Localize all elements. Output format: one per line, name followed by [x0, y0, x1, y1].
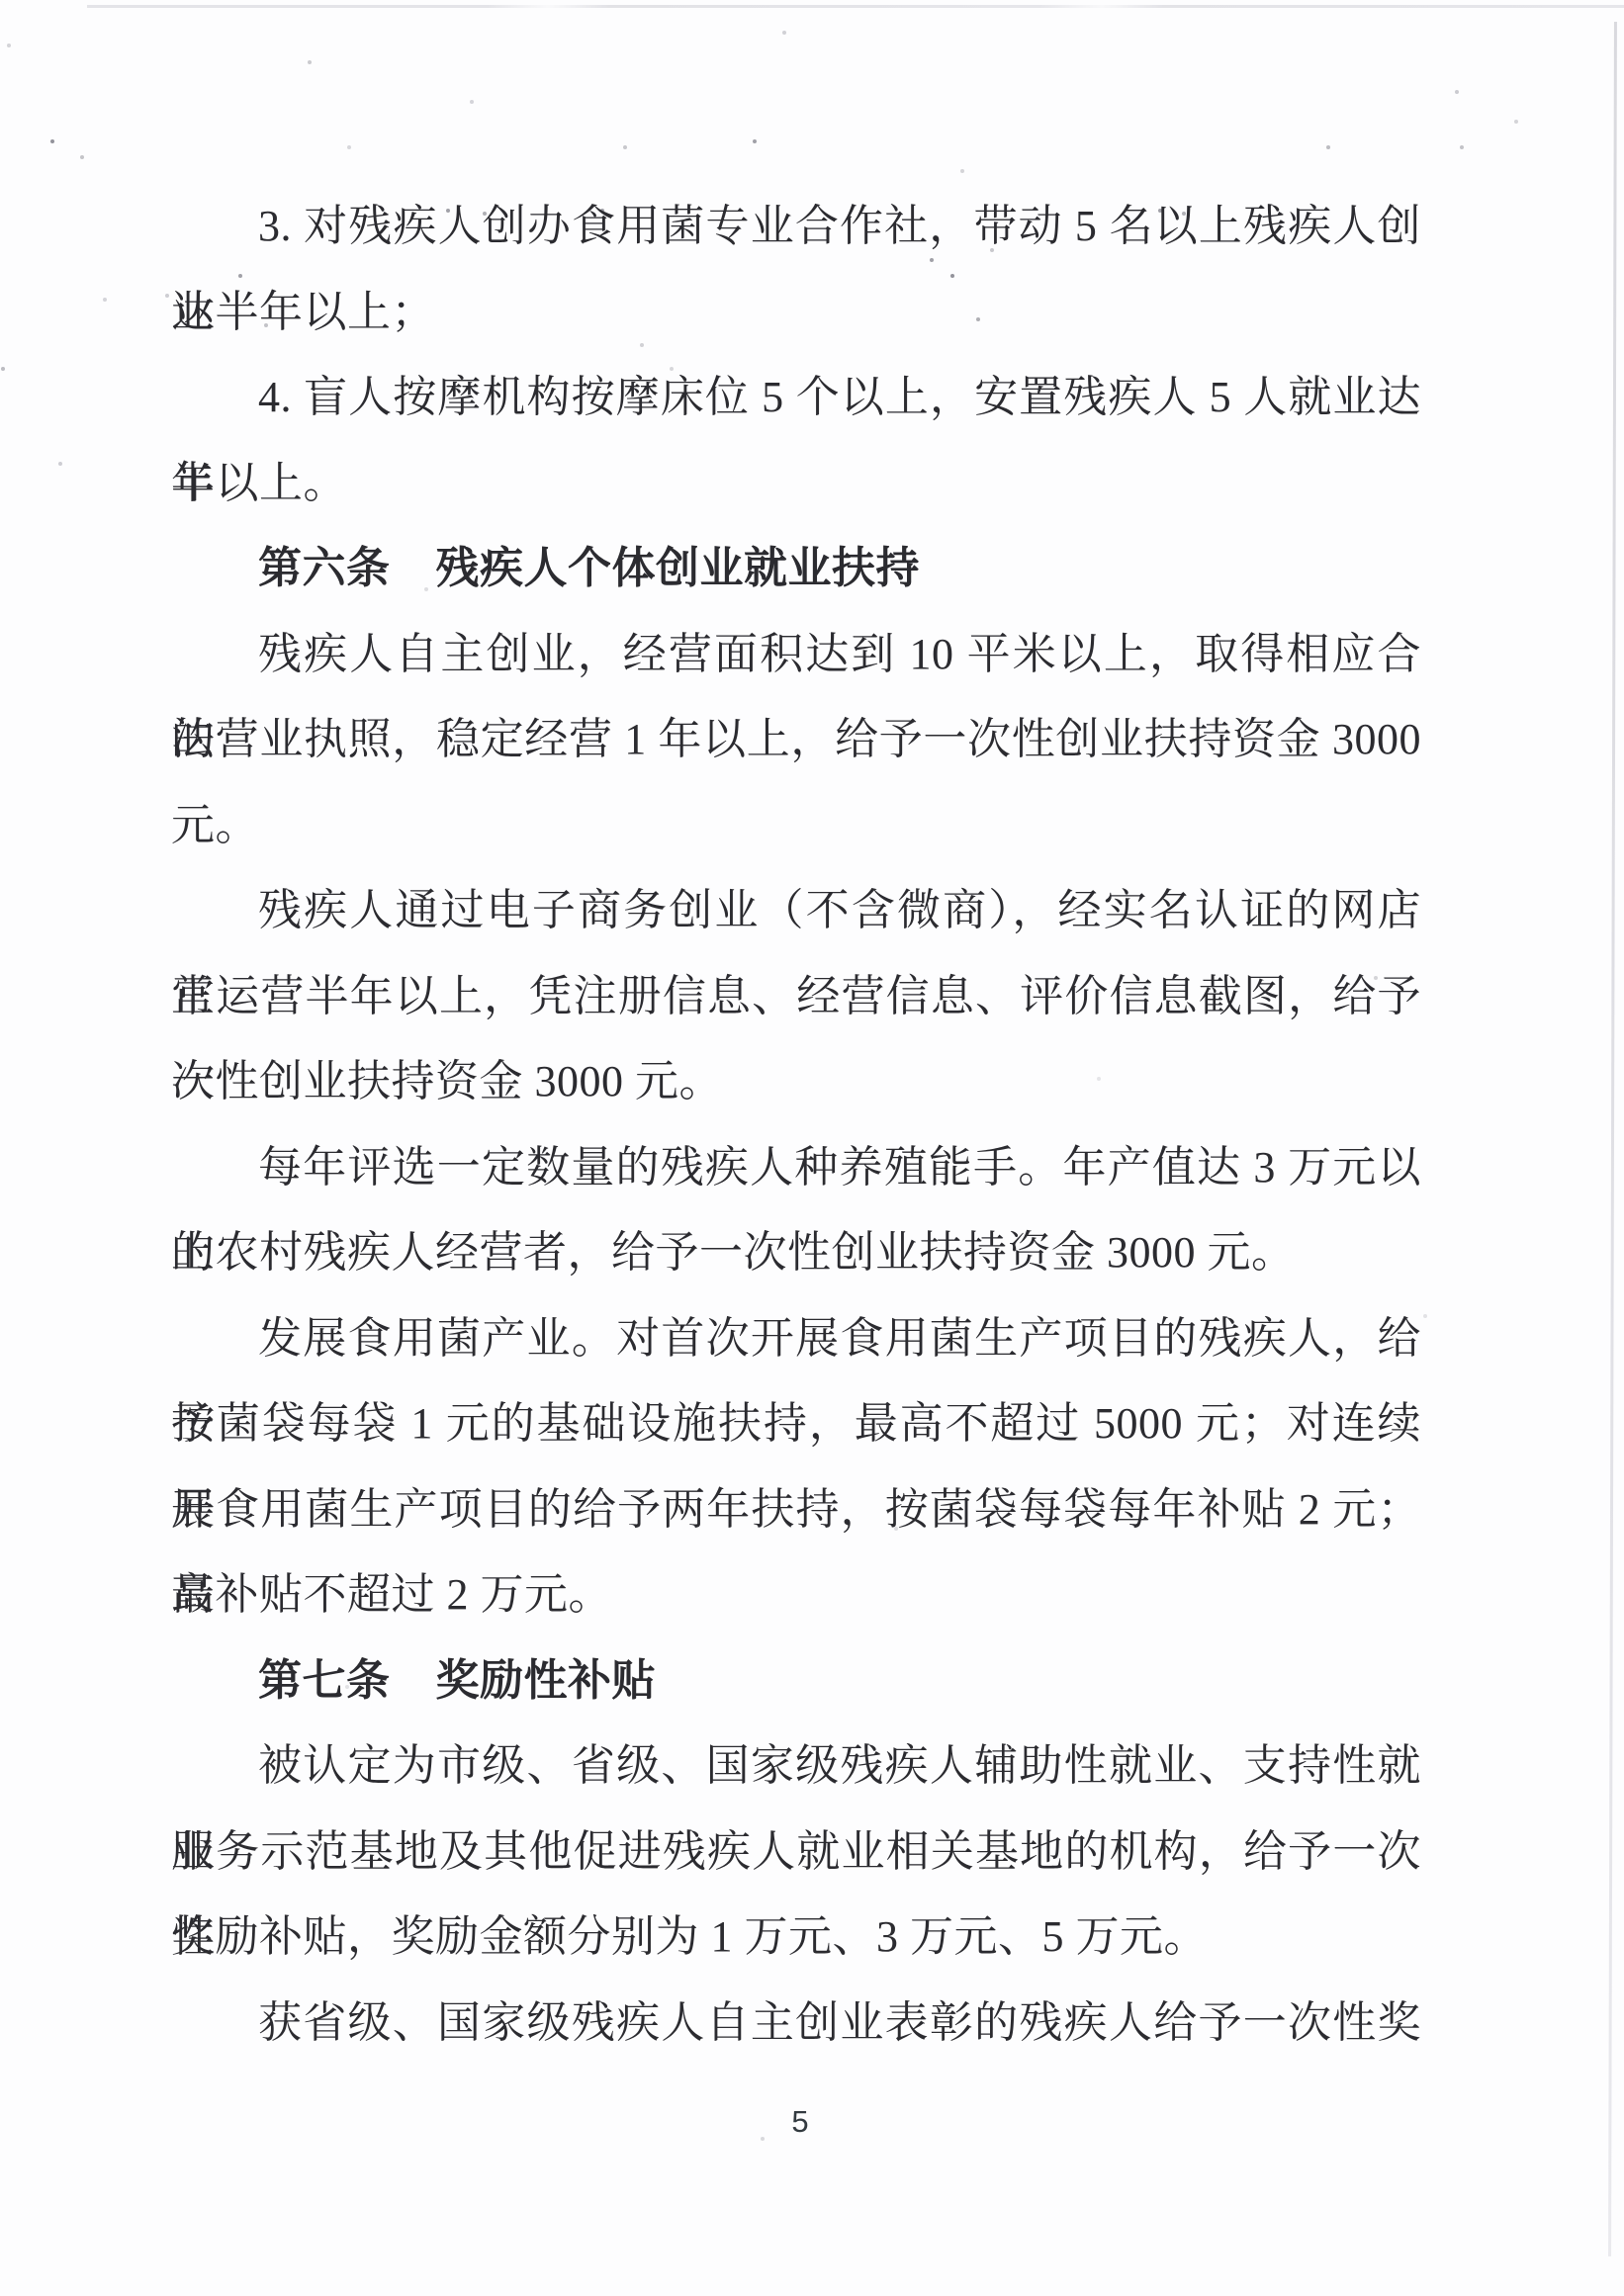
scan-artifact-right-line	[1608, 22, 1617, 2256]
text-line: 残疾人通过电子商务创业（不含微商），经实名认证的网店正	[171, 868, 1421, 954]
heading-title: 奖励性补贴	[436, 1656, 657, 1705]
text-line: 次性创业扶持资金 3000 元。	[171, 1039, 1421, 1125]
heading-number: 第七条	[258, 1656, 391, 1705]
text-line: 奖励补贴，奖励金额分别为 1 万元、3 万元、5 万元。	[171, 1895, 1421, 1981]
text-line: 发展食用菌产业。对首次开展食用菌生产项目的残疾人，给予	[171, 1296, 1421, 1382]
text-line: 4. 盲人按摩机构按摩床位 5 个以上，安置残疾人 5 人就业达半	[171, 355, 1421, 441]
text-line: 获省级、国家级残疾人自主创业表彰的残疾人给予一次性奖	[171, 1981, 1421, 2067]
text-line: 的农村残疾人经营者，给予一次性创业扶持资金 3000 元。	[171, 1210, 1421, 1296]
scan-noise-speckles	[0, 0, 2, 2]
document-body: 3. 对残疾人创办食用菌专业合作社，带动 5 名以上残疾人创业达半年以上；4. …	[171, 184, 1421, 2066]
text-line: 展食用菌生产项目的给予两年扶持，按菌袋每袋每年补贴 2 元；最	[171, 1467, 1421, 1553]
heading-title: 残疾人个体创业就业扶持	[436, 544, 921, 592]
text-line: 常运营半年以上，凭注册信息、经营信息、评价信息截图，给予一	[171, 954, 1421, 1040]
text-line: 达半年以上；	[171, 270, 1421, 356]
scan-artifact-top-line	[87, 5, 1624, 8]
text-line: 的营业执照，稳定经营 1 年以上，给予一次性创业扶持资金 3000	[171, 697, 1421, 783]
text-line: 每年评选一定数量的残疾人种养殖能手。年产值达 3 万元以上	[171, 1125, 1421, 1211]
section-heading: 第六条残疾人个体创业就业扶持	[258, 526, 1421, 612]
text-line: 被认定为市级、省级、国家级残疾人辅助性就业、支持性就业	[171, 1723, 1421, 1810]
page-number: 5	[0, 2104, 1600, 2140]
text-line: 元。	[171, 783, 1421, 869]
section-heading: 第七条奖励性补贴	[258, 1638, 1421, 1724]
text-line: 残疾人自主创业，经营面积达到 10 平米以上，取得相应合法	[171, 612, 1421, 698]
heading-number: 第六条	[258, 544, 391, 592]
text-line: 3. 对残疾人创办食用菌专业合作社，带动 5 名以上残疾人创业	[171, 184, 1421, 270]
text-line: 按菌袋每袋 1 元的基础设施扶持，最高不超过 5000 元；对连续开	[171, 1381, 1421, 1467]
text-line: 服务示范基地及其他促进残疾人就业相关基地的机构，给予一次性	[171, 1810, 1421, 1896]
scanned-document-page: 3. 对残疾人创办食用菌专业合作社，带动 5 名以上残疾人创业达半年以上；4. …	[0, 0, 1624, 2296]
text-line: 高补贴不超过 2 万元。	[171, 1552, 1421, 1638]
text-line: 年以上。	[171, 441, 1421, 527]
